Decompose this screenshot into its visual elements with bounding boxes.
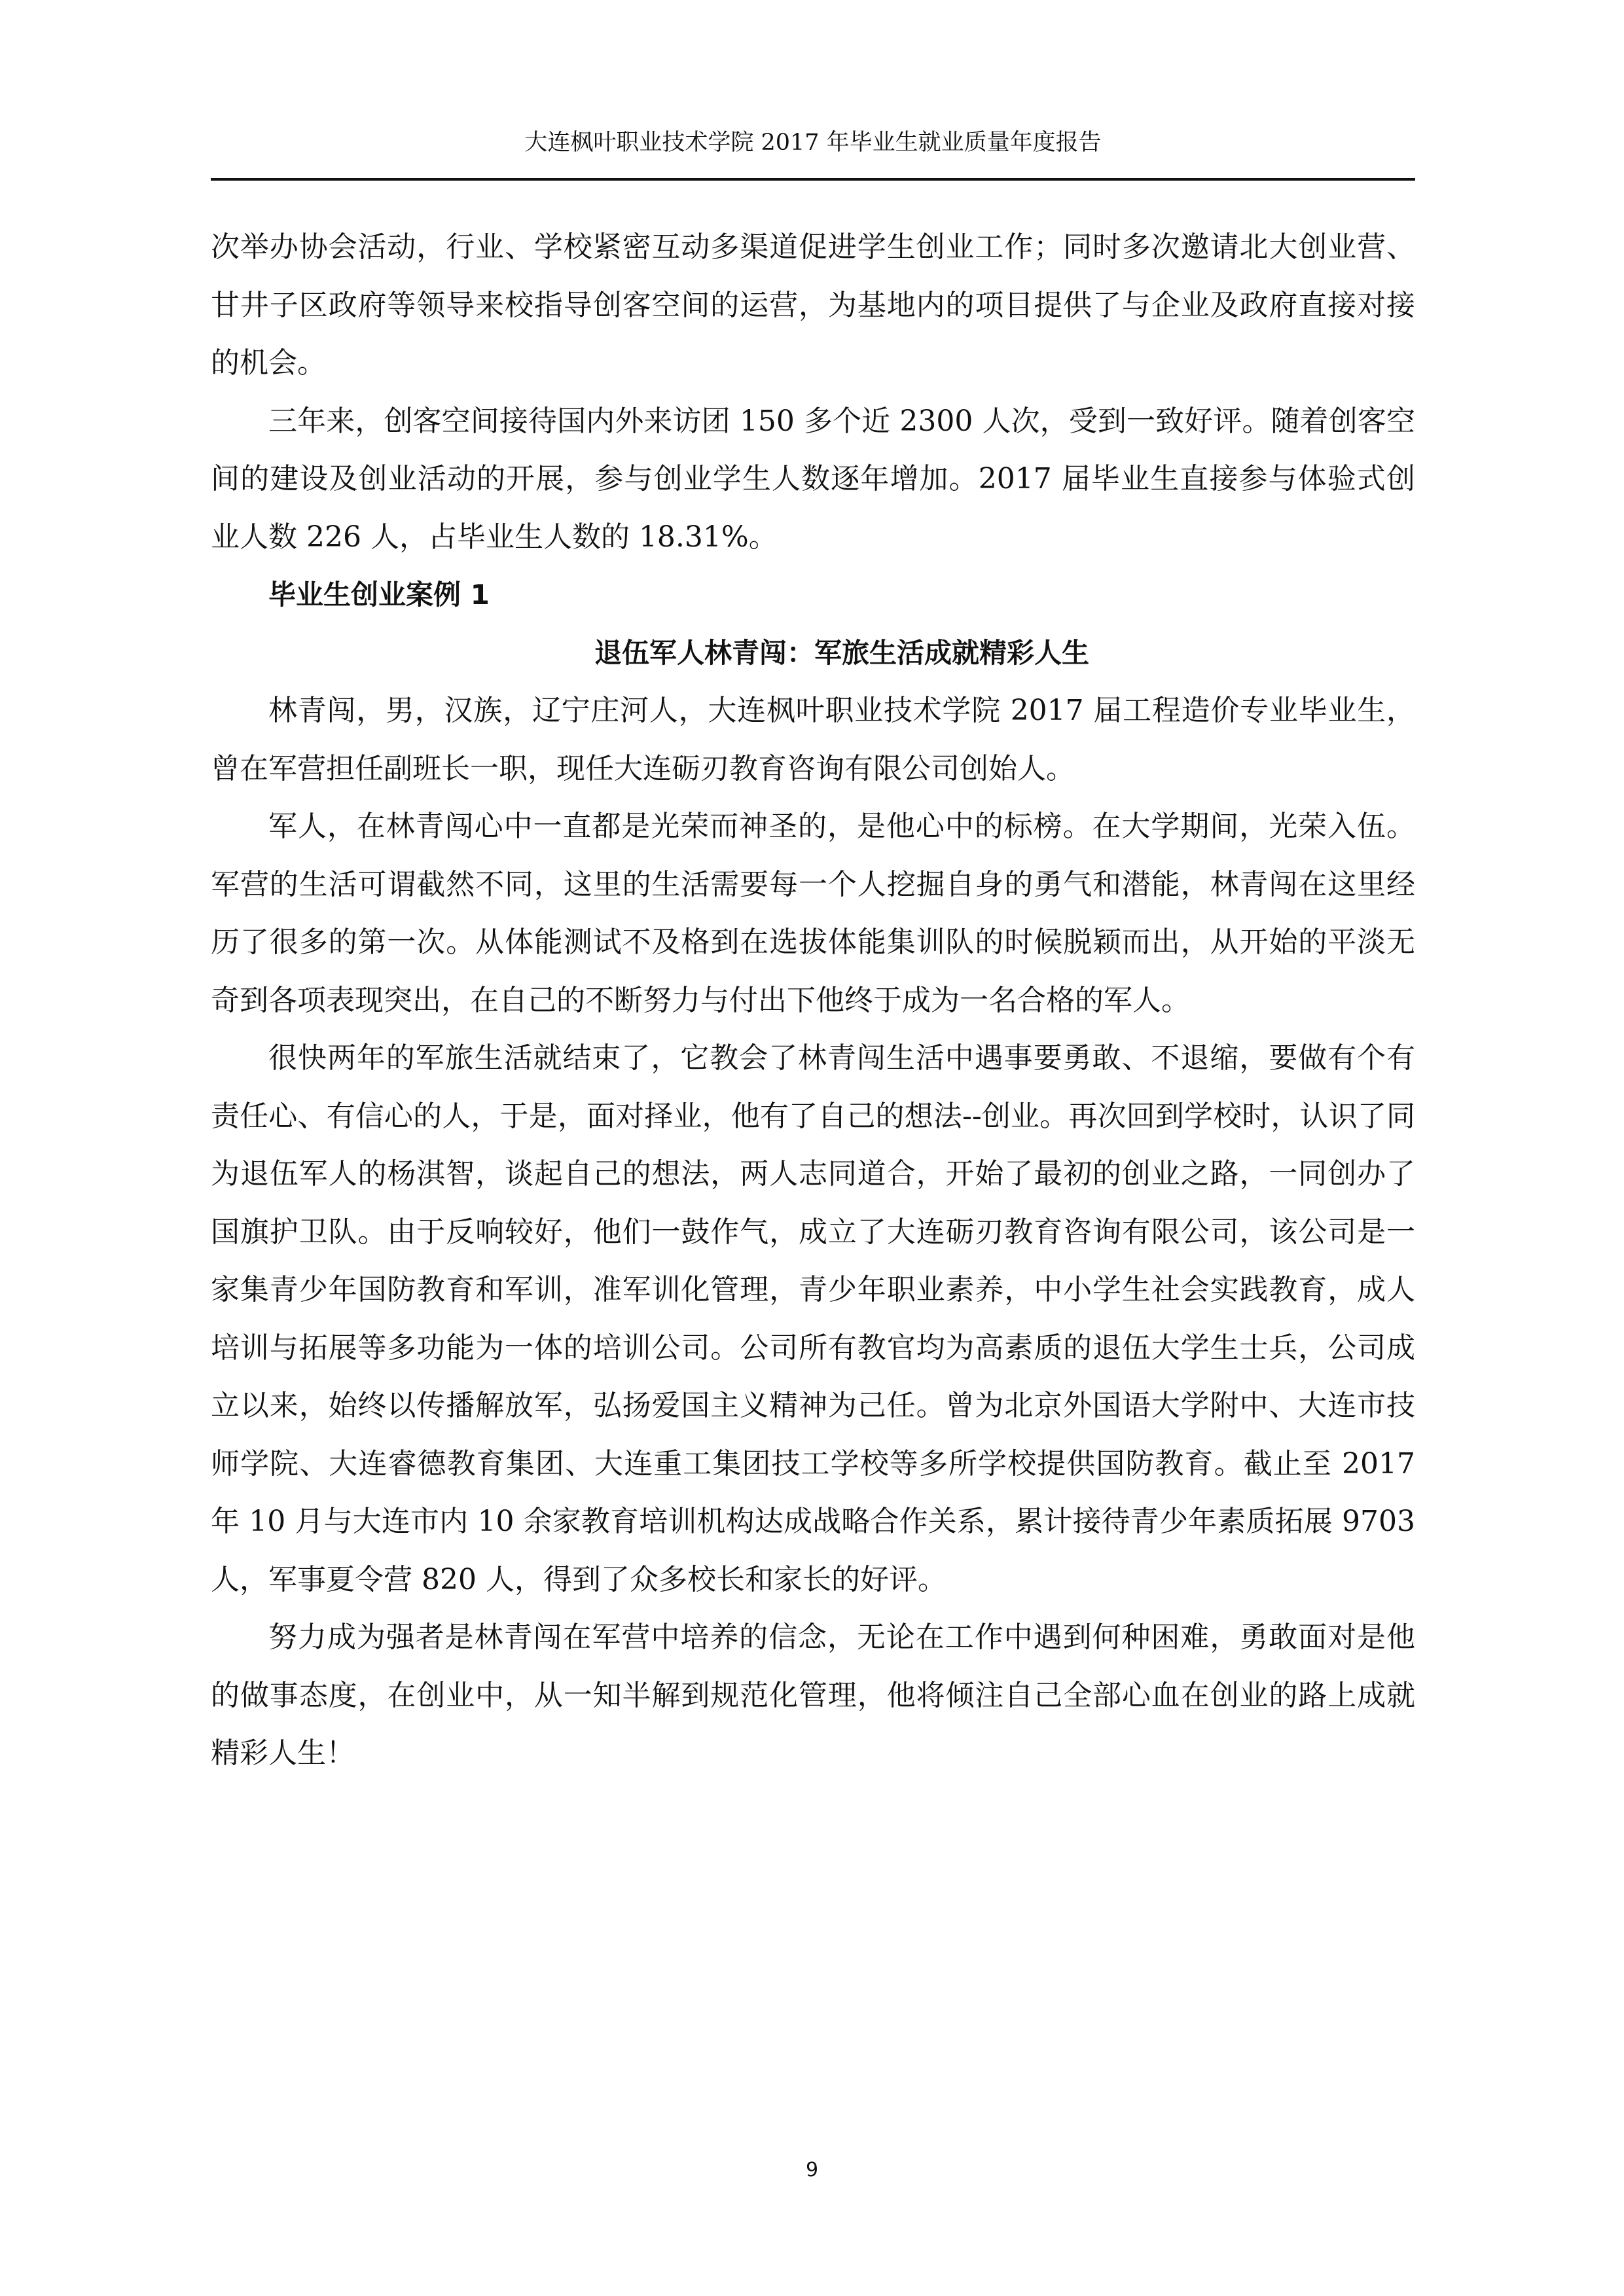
intro-paragraph-continued: 次举办协会活动，行业、学校紧密互动多渠道促进学生创业工作；同时多次邀请北大创业营… bbox=[211, 219, 1415, 393]
intro-paragraph-statistics: 三年来，创客空间接待国内外来访团 150 多个近 2300 人次，受到一致好评。… bbox=[211, 393, 1415, 567]
article-paragraph-startup: 很快两年的军旅生活就结束了，它教会了林青闯生活中遇事要勇敢、不退缩，要做有个有责… bbox=[211, 1030, 1415, 1609]
article-paragraph-conclusion: 努力成为强者是林青闯在军营中培养的信念，无论在工作中遇到何种困难，勇敢面对是他的… bbox=[211, 1609, 1415, 1783]
report-title: 大连枫叶职业技术学院 2017 年毕业生就业质量年度报告 bbox=[211, 128, 1415, 157]
article-title: 退伍军人林青闯：军旅生活成就精彩人生 bbox=[211, 624, 1415, 683]
page-number: 9 bbox=[0, 2159, 1624, 2181]
page-header: 大连枫叶职业技术学院 2017 年毕业生就业质量年度报告 bbox=[211, 128, 1415, 182]
header-divider bbox=[211, 178, 1415, 181]
section-heading: 毕业生创业案例 1 bbox=[211, 566, 1415, 624]
document-body: 次举办协会活动，行业、学校紧密互动多渠道促进学生创业工作；同时多次邀请北大创业营… bbox=[211, 219, 1415, 1783]
article-paragraph-military: 军人，在林青闯心中一直都是光荣而神圣的，是他心中的标榜。在大学期间，光荣入伍。军… bbox=[211, 798, 1415, 1030]
article-paragraph-bio: 林青闯，男，汉族，辽宁庄河人，大连枫叶职业技术学院 2017 届工程造价专业毕业… bbox=[211, 682, 1415, 798]
